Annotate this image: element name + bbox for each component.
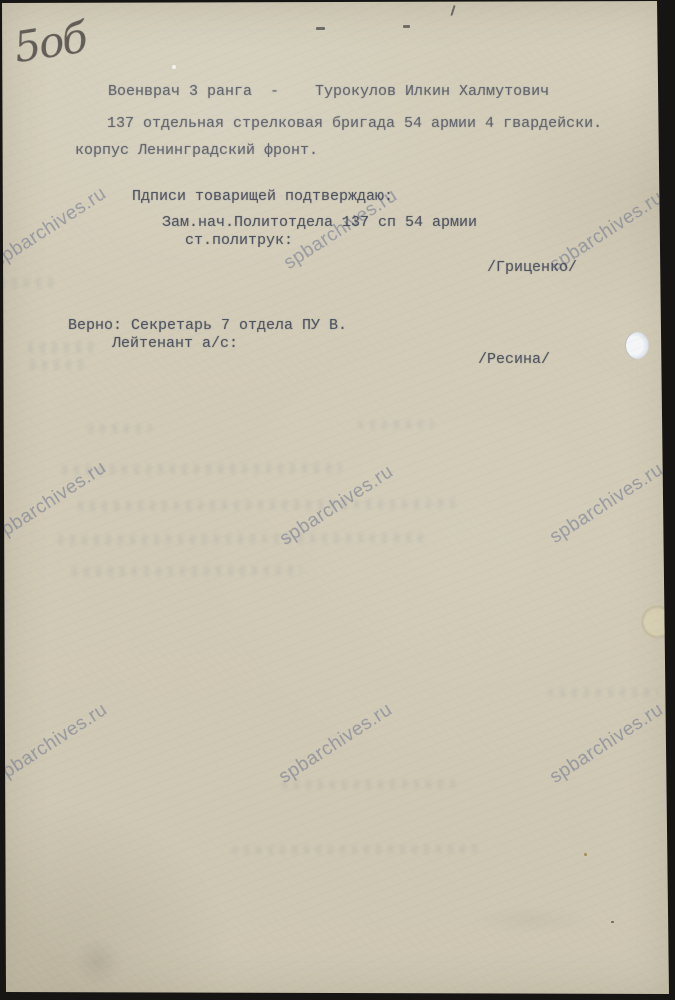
punch-hole — [625, 332, 649, 359]
typed-line-rank-name: Военврач 3 ранга - Турокулов Илкин Халму… — [108, 84, 549, 99]
bleedthrough-mark — [282, 779, 462, 789]
bleedthrough-mark — [78, 499, 458, 512]
typed-line-politruk: ст.политрук: — [185, 233, 293, 248]
ink-speck — [611, 921, 614, 923]
bleedthrough-mark — [30, 360, 90, 370]
signature-resina: /Ресина/ — [478, 352, 550, 367]
bleedthrough-mark — [358, 420, 434, 430]
bleedthrough-mark — [232, 844, 482, 855]
watermark-text: spbarchives.ru — [546, 699, 667, 789]
typed-line-unit: 137 отдельная стрелковая бригада 54 арми… — [107, 116, 602, 131]
ink-speck — [316, 27, 325, 30]
paper-fleck — [172, 65, 176, 69]
bleedthrough-mark — [58, 533, 430, 546]
bleedthrough-mark — [72, 565, 302, 577]
bleedthrough-mark — [0, 278, 60, 288]
typed-line-confirmation: Пдписи товарищей подтверждаю: — [132, 189, 393, 204]
ink-speck — [450, 5, 455, 16]
document-scan: spbarchives.ru spbarchives.ru spbarchive… — [0, 0, 675, 1000]
watermark-text: spbarchives.ru — [0, 183, 111, 273]
ink-speck — [584, 853, 587, 856]
paper-smudge — [470, 905, 590, 935]
typed-line-political-dept: Зам.нач.Политотдела 137 сп 54 армии — [162, 215, 477, 230]
watermark-text: spbarchives.ru — [275, 699, 396, 789]
typed-line-front: корпус Ленинградский фронт. — [75, 143, 318, 158]
bleedthrough-mark — [88, 424, 152, 433]
bleedthrough-mark — [28, 342, 96, 353]
typed-line-verno-secretary: Верно: Секретарь 7 отдела ПУ В. — [68, 318, 347, 333]
typed-line-lieutenant: Лейтенант а/с: — [112, 336, 238, 351]
watermark-text: spbarchives.ru — [0, 699, 112, 789]
ink-speck — [403, 25, 410, 28]
paper-smudge — [72, 938, 124, 986]
bleedthrough-mark — [548, 688, 658, 698]
paper-stain — [641, 604, 674, 640]
bleedthrough-mark — [62, 463, 342, 475]
watermark-text: spbarchives.ru — [546, 459, 667, 549]
handwritten-page-number: 5об — [11, 13, 89, 73]
paper-sheet: spbarchives.ru spbarchives.ru spbarchive… — [0, 0, 675, 1000]
signature-gritsenko: /Гриценко/ — [487, 260, 577, 275]
